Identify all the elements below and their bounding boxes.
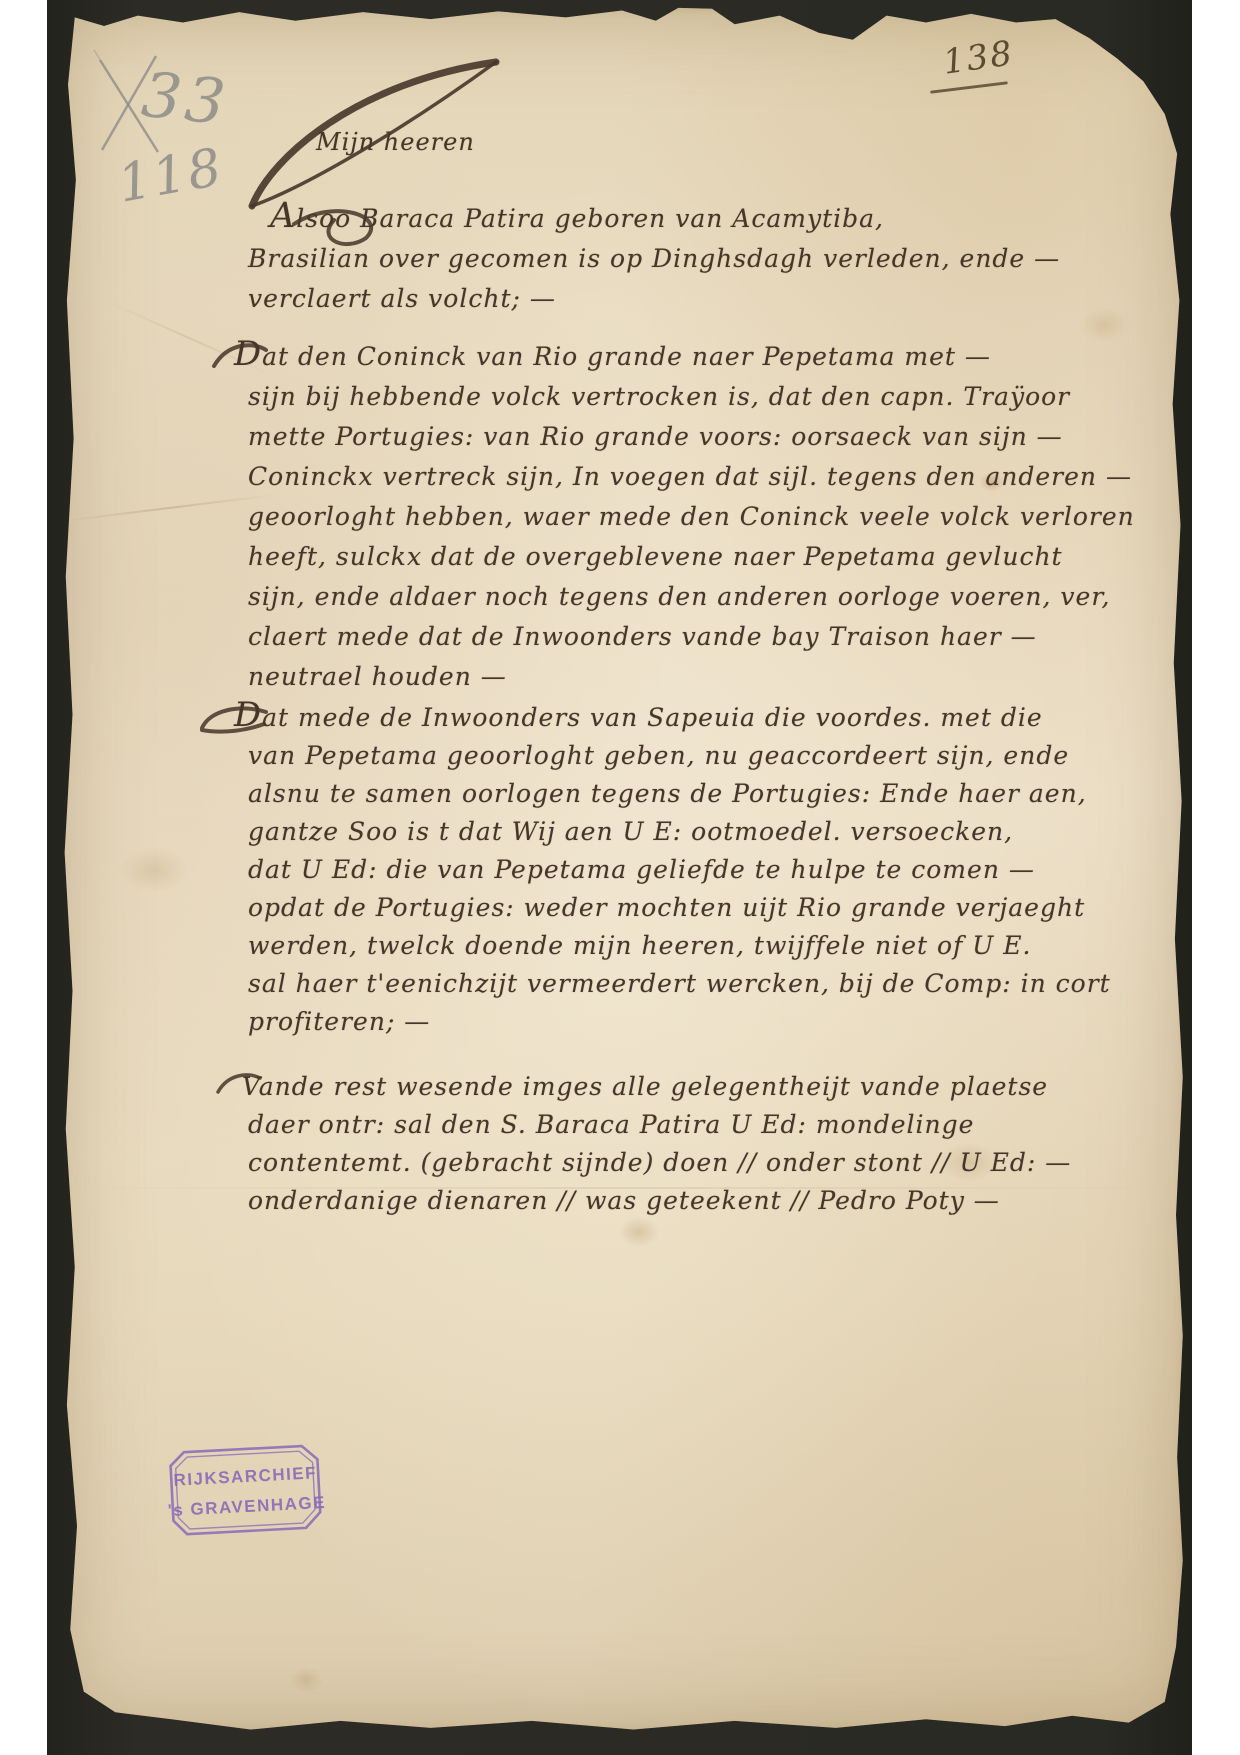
fold-crease [60,494,279,523]
manuscript-line: Brasilian over gecomen is op Dinghsdagh … [248,239,1058,279]
manuscript-line: mette Portugies: van Rio grande voors: o… [248,417,1058,457]
manuscript-line: Dat mede de Inwoonders van Sapeuia die v… [234,696,1058,737]
letter-paragraph-intro: Alsoo Baraca Patira geboren van Acamytib… [248,196,1058,319]
paper-stain [119,847,189,893]
manuscript-line: gantze Soo is t dat Wij aen U E: ootmoed… [248,813,1058,851]
manuscript-line: sijn, ende aldaer noch tegens den andere… [248,577,1058,617]
manuscript-line: dat U Ed: die van Pepetama geliefde te h… [248,851,1058,889]
manuscript-line: opdat de Portugies: weder mochten uijt R… [248,889,1058,927]
letter-paragraph-closing: Vande rest wesende imges alle gelegenthe… [248,1068,1058,1220]
manuscript-line: Alsoo Baraca Patira geboren van Acamytib… [248,196,1058,239]
manuscript-scan: 33 118 138 Mijn heeren Alsoo Baraca Pati… [0,0,1240,1755]
letter-paragraph-sapeuia: Dat mede de Inwoonders van Sapeuia die v… [248,696,1058,1041]
manuscript-line: sal haer t'eenichzijt vermeerdert wercke… [248,965,1058,1003]
manuscript-line: daer ontr: sal den S. Baraca Patira U Ed… [248,1106,1058,1144]
manuscript-line: claert mede dat de Inwoonders vande bay … [248,617,1058,657]
stamp-line-2: 's GRAVENHAGE [167,1493,326,1520]
manuscript-line: profiteren; — [248,1003,1058,1041]
manuscript-line: contentemt. (gebracht sijnde) doen // on… [248,1144,1058,1182]
letter-salutation: Mijn heeren [316,128,475,156]
manuscript-line: Coninckx vertreck sijn, In voegen dat si… [248,457,1058,497]
manuscript-line: Vande rest wesende imges alle gelegenthe… [242,1068,1058,1106]
manuscript-line: sijn bij hebbende volck vertrocken is, d… [248,377,1058,417]
stamp-line-1: RIJKSARCHIEF [173,1463,317,1489]
manuscript-line: heeft, sulckx dat de overgeblevene naer … [248,537,1058,577]
pencil-number: 33 [138,58,232,140]
manuscript-line: verclaert als volcht; — [248,279,1058,319]
manuscript-line: werden, twelck doende mijn heeren, twijf… [248,927,1058,965]
archive-stamp: RIJKSARCHIEF 's GRAVENHAGE [166,1442,326,1540]
manuscript-line: onderdanige dienaren // was geteekent //… [248,1182,1058,1220]
letter-paragraph-rio-grande: Dat den Coninck van Rio grande naer Pepe… [248,334,1058,697]
paper-stain [289,1667,323,1693]
paper-stain [1079,307,1129,343]
manuscript-line: Dat den Coninck van Rio grande naer Pepe… [234,334,1058,377]
manuscript-line: neutrael houden — [248,657,1058,697]
manuscript-line: alsnu te samen oorlogen tegens de Portug… [248,775,1058,813]
manuscript-line: geoorloght hebben, waer mede den Coninck… [248,497,1058,537]
paper-stain [619,1217,659,1247]
manuscript-line: van Pepetama geoorloght geben, nu geacco… [248,737,1058,775]
